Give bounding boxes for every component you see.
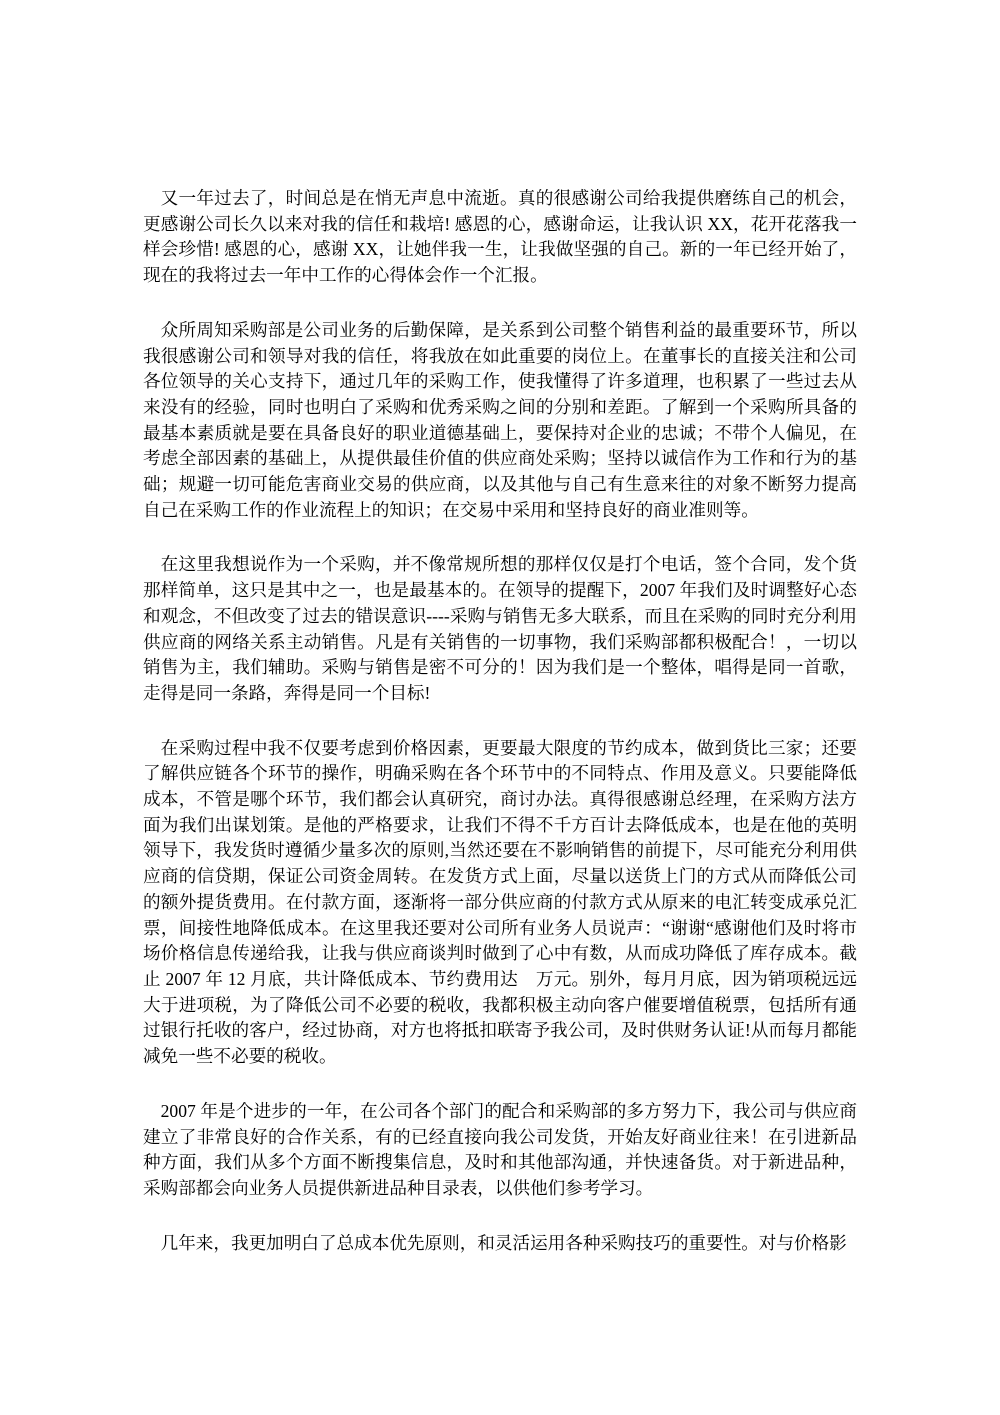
paragraph-intro: 又一年过去了，时间总是在悄无声息中流逝。真的很感谢公司给我提供磨练自己的机会，更… — [143, 186, 857, 289]
paragraph-role-and-ethics: 众所周知采购部是公司业务的后勤保障，是关系到公司整个销售利益的最重要环节，所以我… — [143, 318, 857, 524]
paragraph-cost-saving: 在采购过程中我不仅要考虑到价格因素，更要最大限度的节约成本，做到货比三家；还要了… — [143, 736, 857, 1070]
paragraph-mindset-change: 在这里我想说作为一个采购，并不像常规所想的那样仅仅是打个电话，签个合同，发个货那… — [143, 552, 857, 706]
paragraph-closing-cutoff: 几年来，我更加明白了总成本优先原则，和灵活运用各种采购技巧的重要性。对与价格影 — [143, 1231, 857, 1257]
paragraph-2007-progress: 2007 年是个进步的一年，在公司各个部门的配合和采购部的多方努力下，我公司与供… — [143, 1099, 857, 1202]
document-page: 又一年过去了，时间总是在悄无声息中流逝。真的很感谢公司给我提供磨练自己的机会，更… — [0, 0, 1000, 1415]
